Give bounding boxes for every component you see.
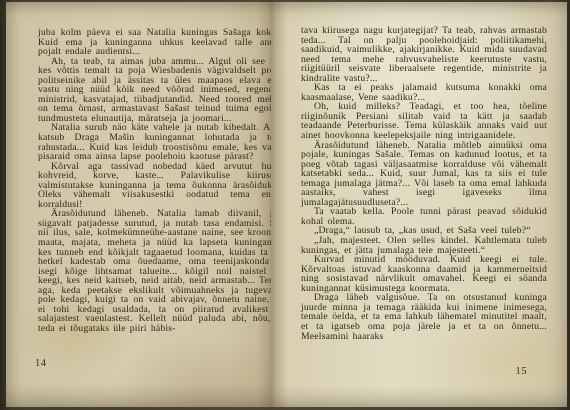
paragraph: Draga läheb valgusõue. Ta on otsustanud … xyxy=(301,293,547,341)
paragraph: Ärasõidutund läheneb. Natalia lamab diiv… xyxy=(38,209,284,333)
paragraph: Kas ta ei peaks jalamaid kutsuma konakki… xyxy=(301,83,547,102)
right-page: tava kiirusega nagu kurjategijat? Ta tea… xyxy=(271,2,567,407)
right-page-text: tava kiirusega nagu kurjategijat? Ta tea… xyxy=(301,26,547,341)
paragraph: Ta vaatab kella. Poole tunni pärast peav… xyxy=(301,207,547,226)
paragraph: tava kiirusega nagu kurjategijat? Ta tea… xyxy=(301,26,547,83)
paragraph: Ah, ta teab, ta aimas juba ammu... Algul… xyxy=(38,57,284,124)
paragraph: Ärasõidutund läheneb. Natalia mõtleb ain… xyxy=(301,141,547,208)
paragraph: Kõrval aga tassivad nobedad käed arvutut… xyxy=(38,162,284,210)
paragraph: Kurvad minutid mööduvad. Kuid keegi ei t… xyxy=(301,255,547,293)
paragraph: Oh, kuid milleks? Teadagi, et too hea, t… xyxy=(301,102,547,140)
paragraph: „Jah, majesteet. Olen selles kindel. Kah… xyxy=(301,236,547,255)
left-page: juba kolm päeva ei saa Natalia kuningas … xyxy=(6,2,271,407)
book-scan: juba kolm päeva ei saa Natalia kuningas … xyxy=(0,0,570,410)
paragraph: juba kolm päeva ei saa Natalia kuningas … xyxy=(38,28,284,57)
left-page-number: 14 xyxy=(35,358,47,369)
left-page-text: juba kolm päeva ei saa Natalia kuningas … xyxy=(38,28,284,334)
right-page-number: 15 xyxy=(516,366,528,377)
paragraph: Natalia surub näo käte vahele ja nutab k… xyxy=(38,123,284,161)
